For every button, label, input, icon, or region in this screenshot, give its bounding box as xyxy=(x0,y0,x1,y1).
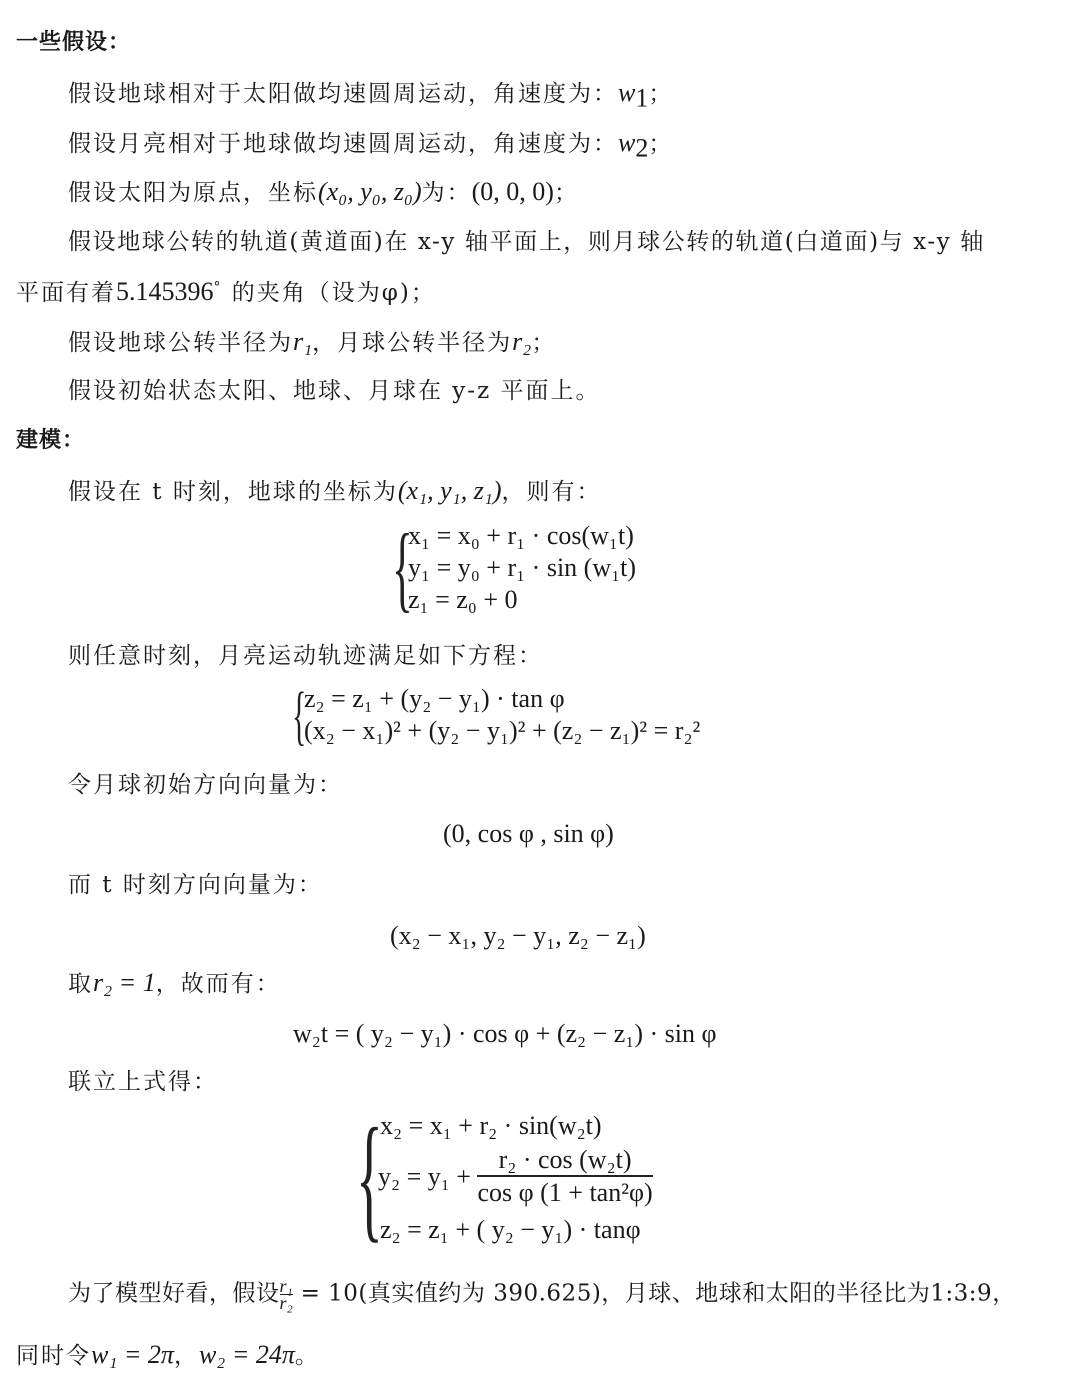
modeling-5: 取r₂ = 1，故而有： xyxy=(68,968,281,999)
assumption-4-pre: 平面有着 xyxy=(16,280,116,306)
w2-symbol: w xyxy=(618,128,635,157)
solution-y-lhs: y₂ = y₁ + xyxy=(378,1162,471,1191)
assumption-3-end: ； xyxy=(554,180,579,206)
assumption-3: 假设太阳为原点，坐标(x₀, y₀, z₀)为：(0, 0, 0)； xyxy=(68,177,579,208)
modeling-7: 为了模型好看，假设r₁r₂ = 10(真实值约为 390.625)，月球、地球和… xyxy=(68,1278,1016,1311)
moon-eq-plane: z₂ = z₁ + (y₂ − y₁) · tan φ xyxy=(304,683,700,715)
modeling-7-rest: = 10(真实值约为 390.625)，月球、地球和太阳的半径比为1:3:9， xyxy=(293,1281,1016,1307)
modeling-8: 同时令w₁ = 2π，w₂ = 24π。 xyxy=(16,1340,320,1371)
assumption-5-pre: 假设地球公转半径为 xyxy=(68,330,293,356)
modeling-7-pre: 为了模型好看，假设 xyxy=(68,1281,280,1307)
modeling-6: 联立上式得： xyxy=(68,1067,218,1097)
modeling-1-post: ，则有： xyxy=(502,479,602,505)
modeling-3: 令月球初始方向向量为： xyxy=(68,770,343,800)
solution-eq-z: z₂ = z₁ + ( y₂ − y₁) · tanφ xyxy=(380,1214,641,1246)
modeling-4: 而 t 时刻方向向量为： xyxy=(68,870,323,900)
w1-value: w₁ = 2π xyxy=(91,1340,174,1369)
w1-symbol: w xyxy=(618,78,635,107)
assumption-3-text: 假设太阳为原点，坐标 xyxy=(68,180,318,206)
modeling-8-pre: 同时令 xyxy=(16,1343,91,1369)
assumption-4-line2: 平面有着5.145396° 的夹角（设为φ)； xyxy=(16,277,436,308)
sun-coords: (x₀, y₀, z₀) xyxy=(318,177,422,206)
initial-direction-vector: (0, cos φ , sin φ) xyxy=(443,818,614,850)
assumption-1-text: 假设地球相对于太阳做均速圆周运动，角速度为： xyxy=(68,81,618,107)
solution-eq-y: y₂ = y₁ + r₂ · cos (w₂t) cos φ (1 + tan²… xyxy=(378,1145,653,1209)
solution-y-numerator: r₂ · cos (w₂t) xyxy=(477,1145,652,1177)
assumption-2-text: 假设月亮相对于地球做均速圆周运动，角速度为： xyxy=(68,131,618,157)
assumption-3-mid: 为： xyxy=(422,180,472,206)
t-direction-vector: (x₂ − x₁, y₂ − y₁, z₂ − z₁) xyxy=(390,920,646,952)
assumption-4-line1: 假设地球公转的轨道(黄道面)在 x-y 轴平面上，则月球公转的轨道(白道面)与 … xyxy=(68,227,985,257)
solution-y-fraction: r₂ · cos (w₂t) cos φ (1 + tan²φ) xyxy=(477,1145,652,1209)
earth-eq-x: x₁ = x₀ + r₁ · cos(w₁t) xyxy=(408,520,636,552)
modeling-2: 则任意时刻，月亮运动轨迹满足如下方程： xyxy=(68,641,543,671)
radius-ratio-fraction: r₁r₂ xyxy=(280,1278,293,1311)
modeling-8-end: 。 xyxy=(295,1343,320,1369)
moon-eq-sphere: (x₂ − x₁)² + (y₂ − y₁)² + (z₂ − z₁)² = r… xyxy=(304,715,700,747)
modeling-5-post: ，故而有： xyxy=(156,971,281,997)
assumption-6: 假设初始状态太阳、地球、月球在 y-z 平面上。 xyxy=(68,376,601,406)
assumption-1-end: ； xyxy=(648,81,673,107)
assumption-5-end: ； xyxy=(531,330,556,356)
w1-subscript: 1 xyxy=(635,84,648,113)
w2-subscript: 2 xyxy=(635,134,648,163)
earth-eq-z: z₁ = z₀ + 0 xyxy=(408,584,636,616)
solution-y-denominator: cos φ (1 + tan²φ) xyxy=(477,1177,652,1209)
modeling-8-sep: ， xyxy=(174,1343,199,1369)
earth-eq-y: y₁ = y₀ + r₁ · sin (w₁t) xyxy=(408,552,636,584)
assumption-5-mid: ，月球公转半径为 xyxy=(312,330,512,356)
modeling-5-pre: 取 xyxy=(68,971,93,997)
moon-equation-system: z₂ = z₁ + (y₂ − y₁) · tan φ (x₂ − x₁)² +… xyxy=(304,683,700,747)
assumption-2: 假设月亮相对于地球做均速圆周运动，角速度为：w2； xyxy=(68,128,673,159)
assumption-5: 假设地球公转半径为r₁，月球公转半径为r₂； xyxy=(68,327,556,358)
modeling-1: 假设在 t 时刻，地球的坐标为(x₁, y₁, z₁)，则有： xyxy=(68,476,602,507)
assumption-1: 假设地球相对于太阳做均速圆周运动，角速度为：w1； xyxy=(68,78,673,109)
modeling-heading: 建模： xyxy=(16,426,85,456)
solution-eq-x: x₂ = x₁ + r₂ · sin(w₂t) xyxy=(380,1110,602,1142)
degree-symbol: ° xyxy=(214,279,223,295)
r2-equals-one: r₂ = 1 xyxy=(93,968,156,997)
earth-coords: (x₁, y₁, z₁) xyxy=(398,476,502,505)
assumptions-heading: 一些假设： xyxy=(16,28,131,58)
assumption-4-post: 的夹角（设为φ)； xyxy=(223,280,436,306)
dot-product-equation: w₂t = ( y₂ − y₁) · cos φ + (z₂ − z₁) · s… xyxy=(293,1018,717,1050)
w2-value: w₂ = 24π xyxy=(199,1340,295,1369)
inclination-angle: 5.145396 xyxy=(116,277,214,306)
modeling-1-pre: 假设在 t 时刻，地球的坐标为 xyxy=(68,479,398,505)
ratio-denominator: r₂ xyxy=(280,1295,293,1311)
r2-symbol: r₂ xyxy=(512,327,531,356)
sun-origin-value: (0, 0, 0) xyxy=(472,177,554,206)
assumption-2-end: ； xyxy=(648,131,673,157)
r1-symbol: r₁ xyxy=(293,327,312,356)
earth-equation-system: x₁ = x₀ + r₁ · cos(w₁t) y₁ = y₀ + r₁ · s… xyxy=(408,520,636,616)
